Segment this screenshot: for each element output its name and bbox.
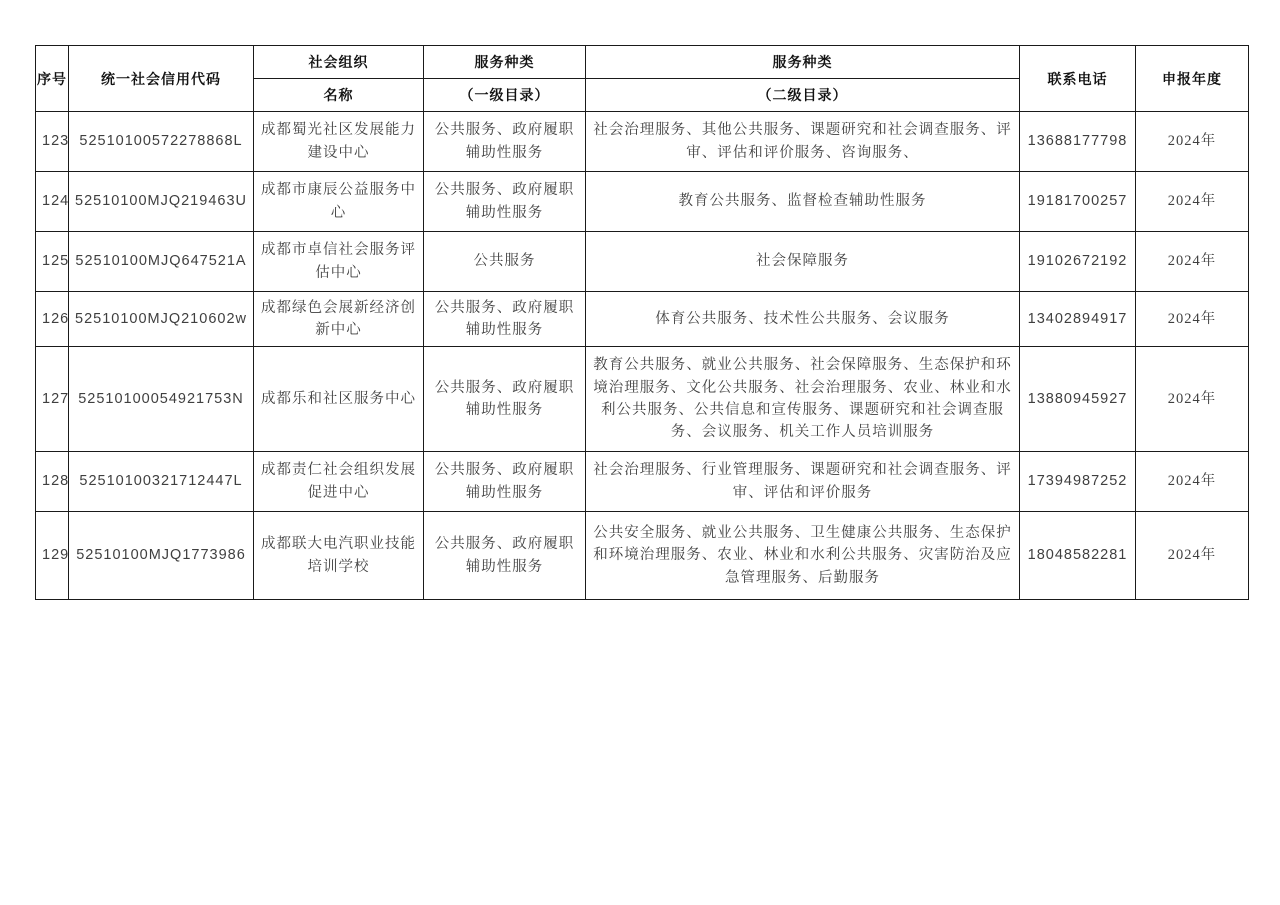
- cell-service-level2: 教育公共服务、监督检查辅助性服务: [586, 172, 1020, 232]
- table-row: 124 52510100MJQ219463U 成都市康辰公益服务中心 公共服务、…: [36, 172, 1249, 232]
- header-svc2-top: 服务种类: [586, 46, 1020, 79]
- cell-phone: 19102672192: [1020, 232, 1136, 292]
- cell-serial: 129: [36, 512, 69, 600]
- org-service-table: 序号 统一社会信用代码 社会组织 服务种类 服务种类 联系电话 申报年度 名称 …: [35, 45, 1249, 600]
- cell-credit-code: 52510100054921753N: [69, 347, 254, 452]
- cell-service-level1: 公共服务: [424, 232, 586, 292]
- cell-year: 2024年: [1136, 292, 1249, 347]
- cell-phone: 13880945927: [1020, 347, 1136, 452]
- cell-org-name: 成都市卓信社会服务评估中心: [254, 232, 424, 292]
- header-org-top: 社会组织: [254, 46, 424, 79]
- cell-service-level1: 公共服务、政府履职辅助性服务: [424, 292, 586, 347]
- cell-credit-code: 52510100MJQ219463U: [69, 172, 254, 232]
- cell-service-level2: 公共安全服务、就业公共服务、卫生健康公共服务、生态保护和环境治理服务、农业、林业…: [586, 512, 1020, 600]
- header-svc1-top: 服务种类: [424, 46, 586, 79]
- cell-phone: 13688177798: [1020, 112, 1136, 172]
- cell-phone: 17394987252: [1020, 452, 1136, 512]
- table-row: 126 52510100MJQ210602w 成都绿色会展新经济创新中心 公共服…: [36, 292, 1249, 347]
- header-credit-code: 统一社会信用代码: [69, 46, 254, 112]
- cell-serial: 125: [36, 232, 69, 292]
- cell-credit-code: 52510100MJQ1773986: [69, 512, 254, 600]
- cell-service-level2: 社会治理服务、行业管理服务、课题研究和社会调查服务、评审、评估和评价服务: [586, 452, 1020, 512]
- cell-credit-code: 52510100321712447L: [69, 452, 254, 512]
- table-row: 127 52510100054921753N 成都乐和社区服务中心 公共服务、政…: [36, 347, 1249, 452]
- cell-org-name: 成都乐和社区服务中心: [254, 347, 424, 452]
- table-row: 128 52510100321712447L 成都责仁社会组织发展促进中心 公共…: [36, 452, 1249, 512]
- cell-service-level1: 公共服务、政府履职辅助性服务: [424, 512, 586, 600]
- cell-credit-code: 52510100MJQ647521A: [69, 232, 254, 292]
- header-row-top: 序号 统一社会信用代码 社会组织 服务种类 服务种类 联系电话 申报年度: [36, 46, 1249, 79]
- cell-phone: 19181700257: [1020, 172, 1136, 232]
- header-svc2-bottom: （二级目录）: [586, 79, 1020, 112]
- header-org-bottom: 名称: [254, 79, 424, 112]
- cell-service-level2: 体育公共服务、技术性公共服务、会议服务: [586, 292, 1020, 347]
- cell-serial: 126: [36, 292, 69, 347]
- cell-service-level2: 教育公共服务、就业公共服务、社会保障服务、生态保护和环境治理服务、文化公共服务、…: [586, 347, 1020, 452]
- cell-service-level1: 公共服务、政府履职辅助性服务: [424, 452, 586, 512]
- header-phone: 联系电话: [1020, 46, 1136, 112]
- cell-phone: 18048582281: [1020, 512, 1136, 600]
- cell-year: 2024年: [1136, 512, 1249, 600]
- cell-credit-code: 52510100572278868L: [69, 112, 254, 172]
- cell-serial: 127: [36, 347, 69, 452]
- cell-service-level1: 公共服务、政府履职辅助性服务: [424, 112, 586, 172]
- cell-serial: 124: [36, 172, 69, 232]
- document-page: 序号 统一社会信用代码 社会组织 服务种类 服务种类 联系电话 申报年度 名称 …: [0, 0, 1280, 905]
- cell-service-level1: 公共服务、政府履职辅助性服务: [424, 172, 586, 232]
- cell-credit-code: 52510100MJQ210602w: [69, 292, 254, 347]
- cell-org-name: 成都蜀光社区发展能力建设中心: [254, 112, 424, 172]
- cell-serial: 123: [36, 112, 69, 172]
- table-row: 125 52510100MJQ647521A 成都市卓信社会服务评估中心 公共服…: [36, 232, 1249, 292]
- cell-service-level2: 社会治理服务、其他公共服务、课题研究和社会调查服务、评审、评估和评价服务、咨询服…: [586, 112, 1020, 172]
- cell-service-level2: 社会保障服务: [586, 232, 1020, 292]
- table-row: 129 52510100MJQ1773986 成都联大电汽职业技能培训学校 公共…: [36, 512, 1249, 600]
- cell-year: 2024年: [1136, 347, 1249, 452]
- header-svc1-bottom: （一级目录）: [424, 79, 586, 112]
- cell-phone: 13402894917: [1020, 292, 1136, 347]
- cell-year: 2024年: [1136, 172, 1249, 232]
- cell-serial: 128: [36, 452, 69, 512]
- cell-org-name: 成都市康辰公益服务中心: [254, 172, 424, 232]
- cell-org-name: 成都责仁社会组织发展促进中心: [254, 452, 424, 512]
- cell-service-level1: 公共服务、政府履职辅助性服务: [424, 347, 586, 452]
- cell-year: 2024年: [1136, 232, 1249, 292]
- cell-org-name: 成都联大电汽职业技能培训学校: [254, 512, 424, 600]
- cell-year: 2024年: [1136, 112, 1249, 172]
- table-row: 123 52510100572278868L 成都蜀光社区发展能力建设中心 公共…: [36, 112, 1249, 172]
- header-serial: 序号: [36, 46, 69, 112]
- header-year: 申报年度: [1136, 46, 1249, 112]
- cell-year: 2024年: [1136, 452, 1249, 512]
- cell-org-name: 成都绿色会展新经济创新中心: [254, 292, 424, 347]
